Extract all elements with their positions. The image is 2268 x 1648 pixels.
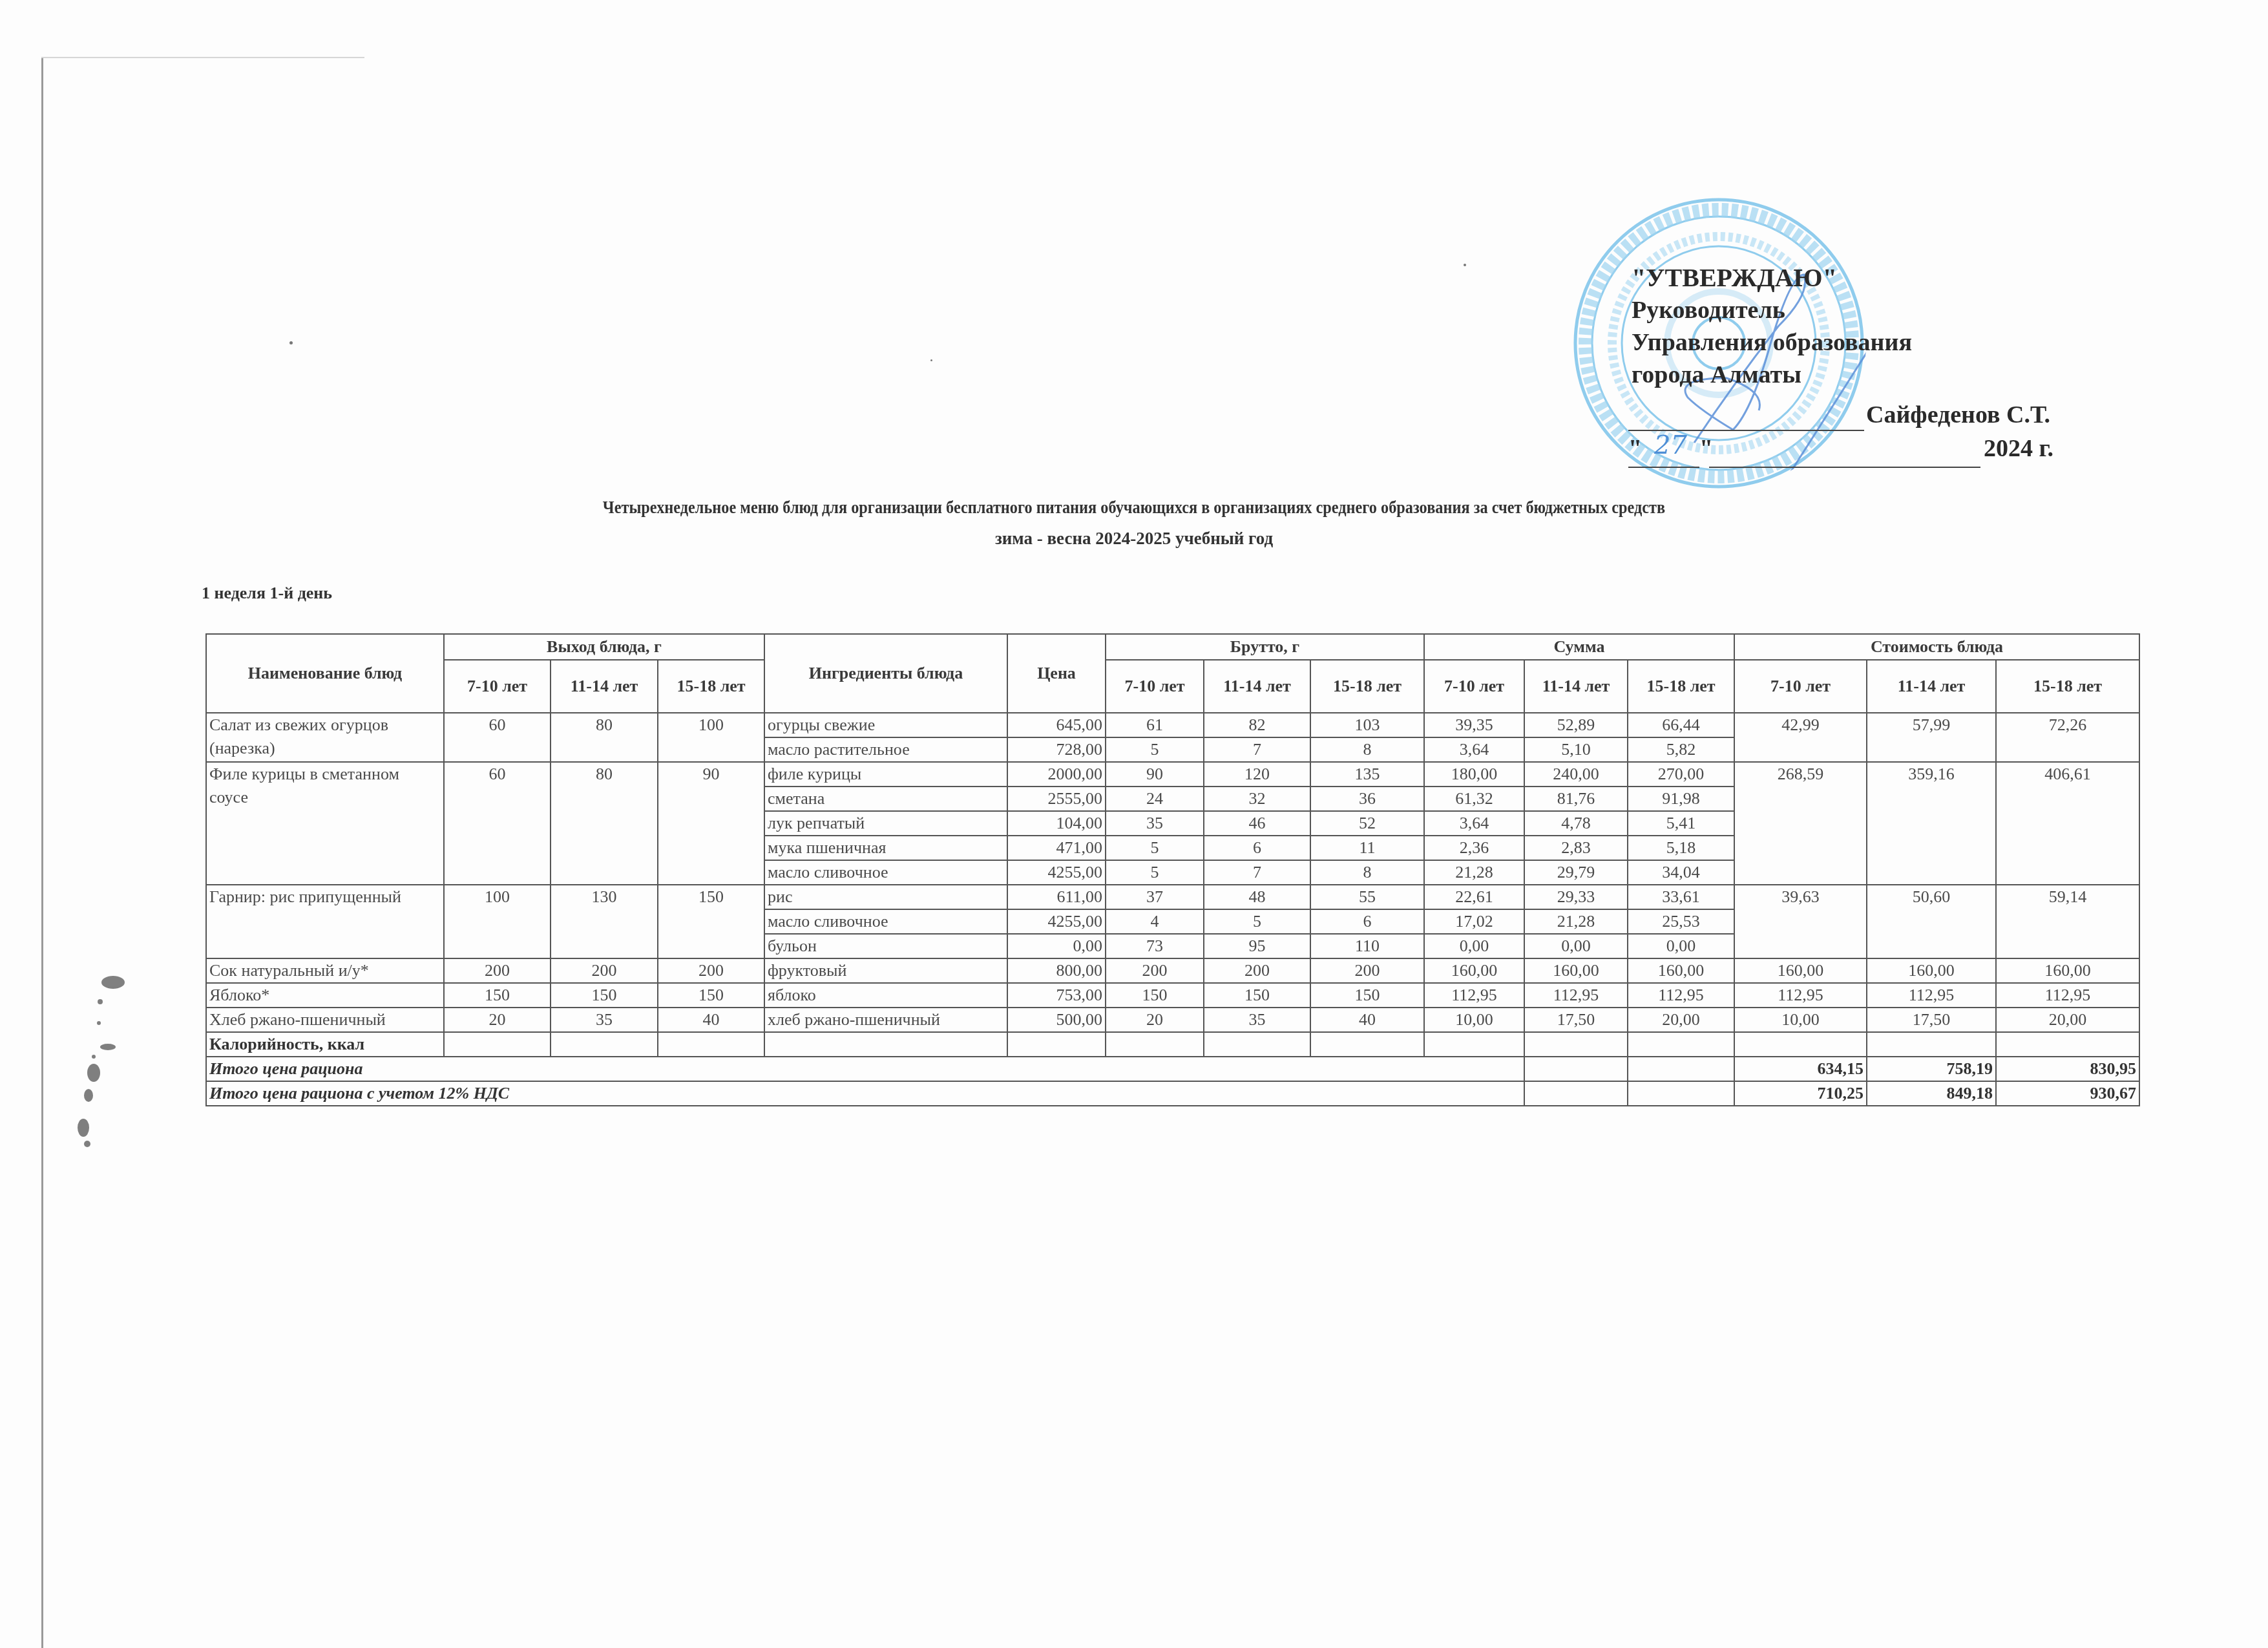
dish-yield: 130 xyxy=(551,885,658,958)
document-subtitle: зима - весна 2024-2025 учебный год xyxy=(0,529,2268,549)
ingredient-sum: 0,00 xyxy=(1628,934,1734,958)
ingredient-name: бульон xyxy=(764,934,1007,958)
ingredient-sum: 10,00 xyxy=(1424,1008,1524,1032)
table-row: Салат из свежих огурцов (нарезка)6080100… xyxy=(206,713,2139,737)
ingredient-sum: 20,00 xyxy=(1628,1008,1734,1032)
document-title: Четырехнедельное меню блюд для организац… xyxy=(114,498,2155,518)
ingredient-sum: 33,61 xyxy=(1628,885,1734,909)
signatory-name: Сайфеденов С.Т. xyxy=(1866,401,2050,429)
ingredient-brutto: 40 xyxy=(1310,1008,1424,1032)
dish-cost: 50,60 xyxy=(1867,885,1996,958)
scan-speck xyxy=(1464,264,1466,266)
ingredient-brutto: 73 xyxy=(1106,934,1204,958)
ingredient-brutto: 135 xyxy=(1310,762,1424,787)
ingredient-sum: 5,18 xyxy=(1628,836,1734,860)
calories-cell xyxy=(1424,1032,1524,1057)
totals-label: Итого цена рациона xyxy=(206,1057,1524,1081)
ingredient-sum: 3,64 xyxy=(1424,811,1524,836)
table-row: Филе курицы в сметанном соусе608090филе … xyxy=(206,762,2139,787)
ingredient-name: рис xyxy=(764,885,1007,909)
header-yield-age-0: 7-10 лет xyxy=(444,660,551,713)
ingredient-brutto: 200 xyxy=(1204,958,1310,983)
table-row: Гарнир: рис припущенный100130150рис611,0… xyxy=(206,885,2139,909)
scan-speck xyxy=(930,359,932,361)
header-cost-age-2: 15-18 лет xyxy=(1996,660,2139,713)
ingredient-name: филе курицы xyxy=(764,762,1007,787)
ingredient-price: 2555,00 xyxy=(1007,787,1106,811)
dish-yield: 150 xyxy=(658,885,764,958)
ingredient-name: огурцы свежие xyxy=(764,713,1007,737)
ingredient-brutto: 20 xyxy=(1106,1008,1204,1032)
approval-city: города Алматы xyxy=(1632,359,1912,391)
dish-yield: 150 xyxy=(658,983,764,1008)
ingredient-brutto: 95 xyxy=(1204,934,1310,958)
ingredient-brutto: 7 xyxy=(1204,737,1310,762)
dish-yield: 80 xyxy=(551,713,658,762)
dish-cost: 359,16 xyxy=(1867,762,1996,885)
ingredient-sum: 240,00 xyxy=(1524,762,1628,787)
totals-label: Итого цена рациона с учетом 12% НДС xyxy=(206,1081,1524,1106)
ingredient-brutto: 5 xyxy=(1106,836,1204,860)
calories-label: Калорийность, ккал xyxy=(206,1032,444,1057)
ingredient-sum: 17,50 xyxy=(1524,1008,1628,1032)
ingredient-sum: 2,83 xyxy=(1524,836,1628,860)
dish-cost: 112,95 xyxy=(1867,983,1996,1008)
dish-cost: 268,59 xyxy=(1734,762,1867,885)
ingredient-sum: 270,00 xyxy=(1628,762,1734,787)
dish-cost: 406,61 xyxy=(1996,762,2139,885)
dish-cost: 72,26 xyxy=(1996,713,2139,762)
calories-cell xyxy=(1106,1032,1204,1057)
ingredient-sum: 66,44 xyxy=(1628,713,1734,737)
ingredient-sum: 91,98 xyxy=(1628,787,1734,811)
calories-cell xyxy=(658,1032,764,1057)
ingredient-price: 728,00 xyxy=(1007,737,1106,762)
ingredient-brutto: 110 xyxy=(1310,934,1424,958)
ingredient-sum: 81,76 xyxy=(1524,787,1628,811)
ingredient-sum: 0,00 xyxy=(1424,934,1524,958)
totals-value: 830,95 xyxy=(1996,1057,2139,1081)
header-sum-age-0: 7-10 лет xyxy=(1424,660,1524,713)
date-open-quote: " xyxy=(1628,434,1642,463)
totals-value: 710,25 xyxy=(1734,1081,1867,1106)
dish-yield: 150 xyxy=(551,983,658,1008)
header-sum-age-1: 11-14 лет xyxy=(1524,660,1628,713)
dish-cost: 112,95 xyxy=(1734,983,1867,1008)
calories-cell xyxy=(1734,1032,1867,1057)
ingredient-price: 2000,00 xyxy=(1007,762,1106,787)
ingredient-name: фруктовый xyxy=(764,958,1007,983)
ingredient-name: лук репчатый xyxy=(764,811,1007,836)
ingredient-price: 645,00 xyxy=(1007,713,1106,737)
ingredient-brutto: 36 xyxy=(1310,787,1424,811)
ingredient-price: 0,00 xyxy=(1007,934,1106,958)
date-year: 2024 г. xyxy=(1984,434,2053,463)
ingredient-brutto: 200 xyxy=(1310,958,1424,983)
dish-name: Гарнир: рис припущенный xyxy=(206,885,444,958)
date-day-underline xyxy=(1628,467,1699,468)
dish-cost: 160,00 xyxy=(1996,958,2139,983)
header-brutto-age-0: 7-10 лет xyxy=(1106,660,1204,713)
header-brutto: Брутто, г xyxy=(1106,634,1424,660)
ingredient-sum: 17,02 xyxy=(1424,909,1524,934)
ingredient-name: хлеб ржано-пшеничный xyxy=(764,1008,1007,1032)
ingredient-sum: 160,00 xyxy=(1628,958,1734,983)
week-day-label: 1 неделя 1-й день xyxy=(202,584,332,603)
header-brutto-age-1: 11-14 лет xyxy=(1204,660,1310,713)
dish-yield: 35 xyxy=(551,1008,658,1032)
dish-cost: 17,50 xyxy=(1867,1008,1996,1032)
date-close-quote: " xyxy=(1699,434,1713,463)
calories-cell xyxy=(764,1032,1007,1057)
totals-value: 849,18 xyxy=(1867,1081,1996,1106)
ingredient-brutto: 6 xyxy=(1204,836,1310,860)
header-yield-age-1: 11-14 лет xyxy=(551,660,658,713)
totals-row: Итого цена рациона с учетом 12% НДС710,2… xyxy=(206,1081,2139,1106)
ingredient-sum: 160,00 xyxy=(1524,958,1628,983)
dish-yield: 80 xyxy=(551,762,658,885)
calories-cell xyxy=(551,1032,658,1057)
ingredient-name: яблоко xyxy=(764,983,1007,1008)
calories-cell xyxy=(1996,1032,2139,1057)
approval-position: Руководитель xyxy=(1632,294,1912,326)
ingredient-brutto: 150 xyxy=(1310,983,1424,1008)
dish-cost: 20,00 xyxy=(1996,1008,2139,1032)
dish-cost: 42,99 xyxy=(1734,713,1867,762)
dish-yield: 60 xyxy=(444,762,551,885)
scan-speck xyxy=(289,341,293,344)
ingredient-sum: 29,79 xyxy=(1524,860,1628,885)
ingredient-sum: 61,32 xyxy=(1424,787,1524,811)
ingredient-brutto: 35 xyxy=(1204,1008,1310,1032)
ingredient-sum: 22,61 xyxy=(1424,885,1524,909)
ingredient-sum: 112,95 xyxy=(1628,983,1734,1008)
totals-empty-cell xyxy=(1628,1057,1734,1081)
calories-cell xyxy=(1867,1032,1996,1057)
ingredient-sum: 39,35 xyxy=(1424,713,1524,737)
header-yield: Выход блюда, г xyxy=(444,634,764,660)
approval-department: Управления образования xyxy=(1632,326,1912,359)
ingredient-sum: 112,95 xyxy=(1424,983,1524,1008)
dish-cost: 59,14 xyxy=(1996,885,2139,958)
header-cost-age-0: 7-10 лет xyxy=(1734,660,1867,713)
totals-empty-cell xyxy=(1628,1081,1734,1106)
calories-cell xyxy=(1628,1032,1734,1057)
ingredient-brutto: 150 xyxy=(1204,983,1310,1008)
ingredient-price: 104,00 xyxy=(1007,811,1106,836)
ingredient-price: 753,00 xyxy=(1007,983,1106,1008)
dish-cost: 57,99 xyxy=(1867,713,1996,762)
ingredient-sum: 25,53 xyxy=(1628,909,1734,934)
totals-value: 930,67 xyxy=(1996,1081,2139,1106)
ingredient-brutto: 5 xyxy=(1204,909,1310,934)
header-ingredients: Ингредиенты блюда xyxy=(764,634,1007,713)
dish-yield: 40 xyxy=(658,1008,764,1032)
header-dish-name: Наименование блюд xyxy=(206,634,444,713)
ingredient-name: масло сливочное xyxy=(764,909,1007,934)
ingredient-brutto: 52 xyxy=(1310,811,1424,836)
ingredient-brutto: 11 xyxy=(1310,836,1424,860)
ingredient-brutto: 48 xyxy=(1204,885,1310,909)
ingredient-sum: 4,78 xyxy=(1524,811,1628,836)
ingredient-brutto: 120 xyxy=(1204,762,1310,787)
ingredient-brutto: 8 xyxy=(1310,737,1424,762)
calories-cell xyxy=(444,1032,551,1057)
ingredient-name: мука пшеничная xyxy=(764,836,1007,860)
ingredient-price: 471,00 xyxy=(1007,836,1106,860)
age-group-header-row: 7-10 лет11-14 лет15-18 лет7-10 лет11-14 … xyxy=(206,660,2139,713)
ingredient-price: 800,00 xyxy=(1007,958,1106,983)
ingredient-name: масло растительное xyxy=(764,737,1007,762)
dish-yield: 100 xyxy=(444,885,551,958)
ingredient-brutto: 90 xyxy=(1106,762,1204,787)
calories-cell xyxy=(1204,1032,1310,1057)
menu-body: Салат из свежих огурцов (нарезка)6080100… xyxy=(206,713,2139,1106)
ingredient-price: 611,00 xyxy=(1007,885,1106,909)
ingredient-brutto: 5 xyxy=(1106,860,1204,885)
ingredient-sum: 5,82 xyxy=(1628,737,1734,762)
table-row: Хлеб ржано-пшеничный203540хлеб ржано-пше… xyxy=(206,1008,2139,1032)
ingredient-sum: 5,41 xyxy=(1628,811,1734,836)
ingredient-sum: 160,00 xyxy=(1424,958,1524,983)
dish-yield: 200 xyxy=(444,958,551,983)
ingredient-brutto: 46 xyxy=(1204,811,1310,836)
header-sum: Сумма xyxy=(1424,634,1734,660)
dish-cost: 160,00 xyxy=(1734,958,1867,983)
header-sum-age-2: 15-18 лет xyxy=(1628,660,1734,713)
ingredient-price: 4255,00 xyxy=(1007,909,1106,934)
ingredient-sum: 52,89 xyxy=(1524,713,1628,737)
ingredient-sum: 0,00 xyxy=(1524,934,1628,958)
dish-yield: 200 xyxy=(551,958,658,983)
ingredient-brutto: 61 xyxy=(1106,713,1204,737)
dish-yield: 150 xyxy=(444,983,551,1008)
table-row: Сок натуральный и/у*200200200фруктовый80… xyxy=(206,958,2139,983)
dish-yield: 200 xyxy=(658,958,764,983)
ingredient-sum: 34,04 xyxy=(1628,860,1734,885)
totals-row: Итого цена рациона634,15758,19830,95 xyxy=(206,1057,2139,1081)
ingredient-brutto: 6 xyxy=(1310,909,1424,934)
ingredient-brutto: 82 xyxy=(1204,713,1310,737)
totals-empty-cell xyxy=(1524,1081,1628,1106)
ingredient-price: 500,00 xyxy=(1007,1008,1106,1032)
ingredient-brutto: 200 xyxy=(1106,958,1204,983)
calories-cell xyxy=(1524,1032,1628,1057)
dish-yield: 90 xyxy=(658,762,764,885)
date-day-handwritten: 27 xyxy=(1654,430,1687,460)
ingredient-sum: 21,28 xyxy=(1524,909,1628,934)
scan-edge-top xyxy=(41,57,364,58)
ingredient-brutto: 7 xyxy=(1204,860,1310,885)
ingredient-brutto: 35 xyxy=(1106,811,1204,836)
menu-table: Наименование блюд Выход блюда, г Ингреди… xyxy=(205,633,2140,1106)
ingredient-brutto: 24 xyxy=(1106,787,1204,811)
ingredient-name: сметана xyxy=(764,787,1007,811)
ingredient-sum: 21,28 xyxy=(1424,860,1524,885)
ingredient-price: 4255,00 xyxy=(1007,860,1106,885)
date-month-underline xyxy=(1709,467,1980,468)
dish-cost: 112,95 xyxy=(1996,983,2139,1008)
dish-name: Салат из свежих огурцов (нарезка) xyxy=(206,713,444,762)
ingredient-brutto: 103 xyxy=(1310,713,1424,737)
dish-name: Сок натуральный и/у* xyxy=(206,958,444,983)
header-yield-age-2: 15-18 лет xyxy=(658,660,764,713)
dish-yield: 60 xyxy=(444,713,551,762)
ingredient-brutto: 5 xyxy=(1106,737,1204,762)
dish-cost: 160,00 xyxy=(1867,958,1996,983)
approval-title: "УТВЕРЖДАЮ" xyxy=(1632,262,1912,294)
header-price: Цена xyxy=(1007,634,1106,713)
header-cost-age-1: 11-14 лет xyxy=(1867,660,1996,713)
approval-block: "УТВЕРЖДАЮ" Руководитель Управления обра… xyxy=(1632,262,1912,391)
calories-cell xyxy=(1007,1032,1106,1057)
ingredient-sum: 3,64 xyxy=(1424,737,1524,762)
ingredient-sum: 5,10 xyxy=(1524,737,1628,762)
calories-cell xyxy=(1310,1032,1424,1057)
dish-yield: 100 xyxy=(658,713,764,762)
ingredient-brutto: 8 xyxy=(1310,860,1424,885)
dish-cost: 39,63 xyxy=(1734,885,1867,958)
header-brutto-age-2: 15-18 лет xyxy=(1310,660,1424,713)
totals-value: 758,19 xyxy=(1867,1057,1996,1081)
ingredient-brutto: 4 xyxy=(1106,909,1204,934)
ingredient-name: масло сливочное xyxy=(764,860,1007,885)
ingredient-brutto: 55 xyxy=(1310,885,1424,909)
dish-name: Филе курицы в сметанном соусе xyxy=(206,762,444,885)
dish-cost: 10,00 xyxy=(1734,1008,1867,1032)
ingredient-brutto: 37 xyxy=(1106,885,1204,909)
ingredient-sum: 180,00 xyxy=(1424,762,1524,787)
ingredient-sum: 29,33 xyxy=(1524,885,1628,909)
table-row: Яблоко*150150150яблоко753,00150150150112… xyxy=(206,983,2139,1008)
ingredient-sum: 112,95 xyxy=(1524,983,1628,1008)
ingredient-brutto: 150 xyxy=(1106,983,1204,1008)
scan-edge xyxy=(41,57,43,1648)
ingredient-brutto: 32 xyxy=(1204,787,1310,811)
dish-name: Хлеб ржано-пшеничный xyxy=(206,1008,444,1032)
totals-empty-cell xyxy=(1524,1057,1628,1081)
calories-row: Калорийность, ккал xyxy=(206,1032,2139,1057)
totals-value: 634,15 xyxy=(1734,1057,1867,1081)
dish-yield: 20 xyxy=(444,1008,551,1032)
scan-smudge xyxy=(68,973,139,1160)
dish-name: Яблоко* xyxy=(206,983,444,1008)
ingredient-sum: 2,36 xyxy=(1424,836,1524,860)
header-cost: Стоимость блюда xyxy=(1734,634,2139,660)
